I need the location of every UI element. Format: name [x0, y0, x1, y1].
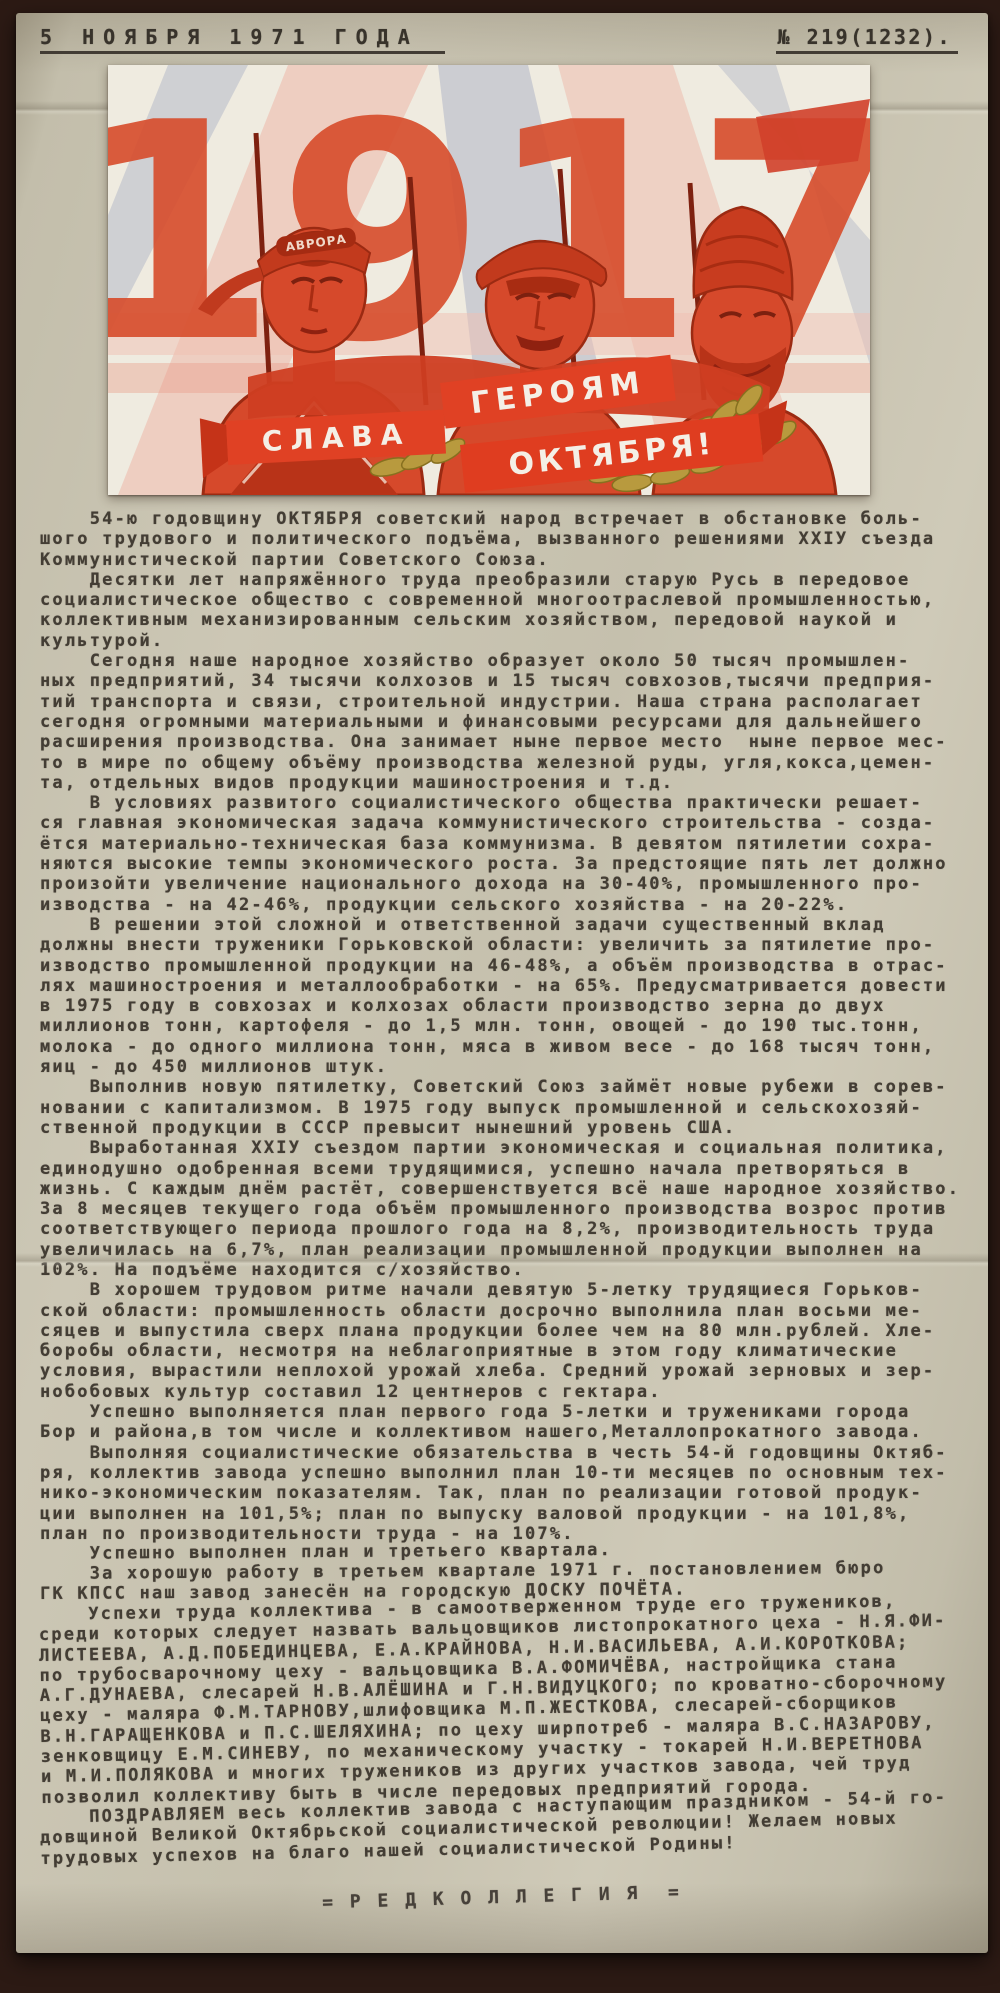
paragraph-10: Выполняя социалистические обязательства … [40, 1443, 970, 1544]
october-revolution-poster: 1917 АВРОРА [108, 65, 870, 495]
paragraph-6: Выполнив новую пятилетку, Советский Союз… [40, 1077, 970, 1138]
poster-artwork: 1917 АВРОРА [108, 65, 870, 495]
article-body: 54-ю годовщину ОКТЯБРЯ советский народ в… [40, 509, 970, 1869]
masthead: 5 НОЯБРЯ 1971 ГОДА № 219(1232). [16, 13, 988, 54]
paragraph-2: Десятки лет напряжённого труда преобрази… [40, 570, 970, 651]
issue-date: 5 НОЯБРЯ 1971 ГОДА [40, 25, 445, 54]
paragraph-3: Сегодня наше народное хозяйство образует… [40, 651, 970, 793]
editorial-board-signature: = Р Е Д К О Л Л Е Г И Я = [16, 1872, 988, 1922]
issue-number: № 219(1232). [776, 25, 959, 54]
paragraph-9: Успешно выполняется план первого года 5-… [40, 1402, 970, 1443]
paragraph-4: В условиях развитого социалистического о… [40, 793, 970, 915]
paragraph-7: Выработанная ХХIУ съездом партии экономи… [40, 1138, 970, 1280]
paragraph-5: В решении этой сложной и ответственной з… [40, 915, 970, 1077]
paragraph-13: Успехи труда коллектива - в самоотвержен… [38, 1590, 971, 1808]
newspaper-sheet: 5 НОЯБРЯ 1971 ГОДА № 219(1232). 1917 [16, 13, 988, 1953]
paragraph-1: 54-ю годовщину ОКТЯБРЯ советский народ в… [40, 509, 970, 570]
paragraph-8: В хорошем трудовом ритме начали девятую … [40, 1280, 970, 1402]
